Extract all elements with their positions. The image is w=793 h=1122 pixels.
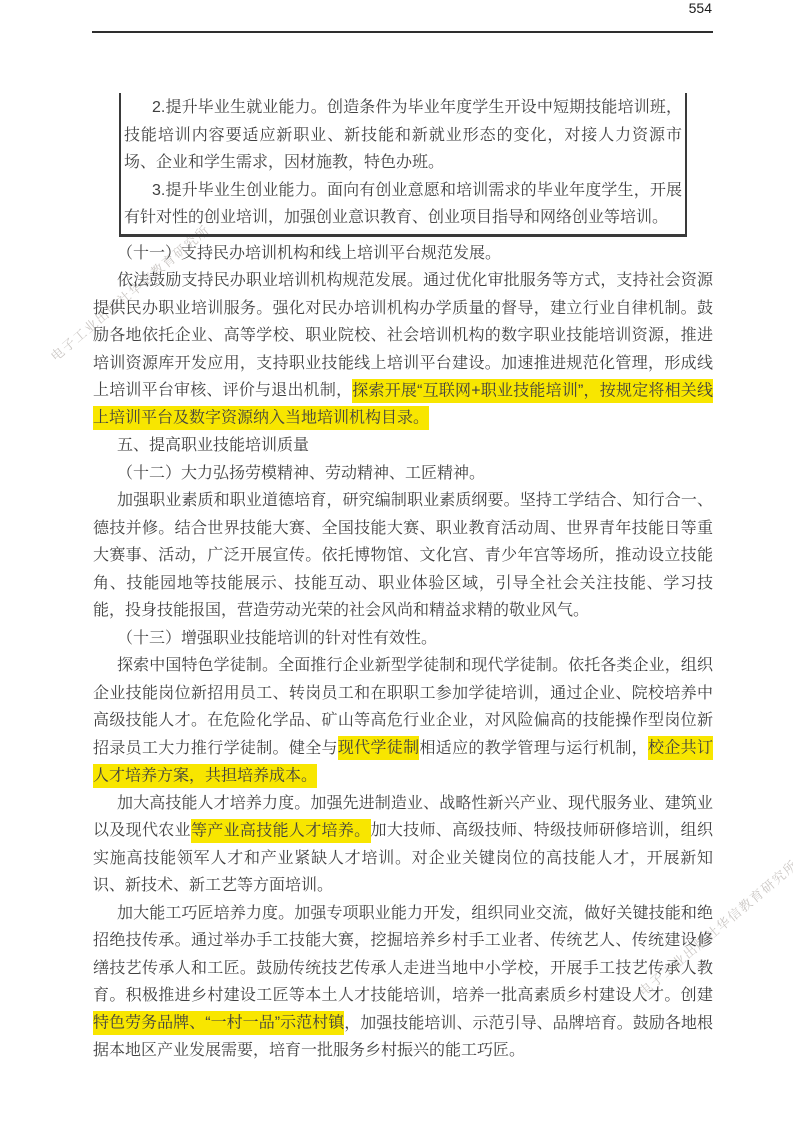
quoted-box: 2.提升毕业生就业能力。创造条件为毕业年度学生开设中短期技能培训班，技能培训内容… [119, 93, 687, 237]
document-page: 554 电子工业出版社华信教育研究所 电子工业出版社华信教育研究所 2.提升毕业… [0, 0, 793, 1122]
text-run: 五、提高职业技能培训质量 [117, 437, 309, 454]
document-body: 2.提升毕业生就业能力。创造条件为毕业年度学生开设中短期技能培训班，技能培训内容… [93, 93, 713, 1065]
text-run: 加强职业素质和职业道德培育，研究编制职业素质纲要。坚持工学结合、知行合一、德技并… [93, 492, 713, 619]
text-run: 3.提升毕业生创业能力。面向有创业意愿和培训需求的毕业年度学生，开展有针对性的创… [124, 182, 682, 227]
text-run: （十一）支持民办培训机构和线上培训平台规范发展。 [117, 245, 501, 262]
text-run: 加大能工巧匠培养力度。加强专项职业能力开发，组织同业交流，做好关键技能和绝招绝技… [93, 905, 713, 1005]
paragraph: 加大高技能人才培养力度。加强先进制造业、战略性新兴产业、现代服务业、建筑业以及现… [93, 790, 713, 900]
highlighted-text: 特色劳务品牌、“一村一品”示范村镇 [93, 1011, 344, 1035]
text-run: （十二）大力弘扬劳模精神、劳动精神、工匠精神。 [117, 465, 485, 482]
paragraph: 探索中国特色学徒制。全面推行企业新型学徒制和现代学徒制。依托各类企业，组织企业技… [93, 652, 713, 790]
section-heading: （十二）大力弘扬劳模精神、劳动精神、工匠精神。 [93, 460, 713, 488]
section-heading: 五、提高职业技能培训质量 [93, 432, 713, 460]
paragraph: 加大能工巧匠培养力度。加强专项职业能力开发，组织同业交流，做好关键技能和绝招绝技… [93, 900, 713, 1065]
text-run: （十三）增强职业技能培训的针对性有效性。 [117, 630, 437, 647]
paragraph: 依法鼓励支持民办职业培训机构规范发展。通过优化审批服务等方式，支持社会资源提供民… [93, 267, 713, 432]
paragraph: 加强职业素质和职业道德培育，研究编制职业素质纲要。坚持工学结合、知行合一、德技并… [93, 487, 713, 625]
highlighted-text: 等产业高技能人才培养。 [191, 819, 371, 843]
text-run: 2.提升毕业生就业能力。创造条件为毕业年度学生开设中短期技能培训班，技能培训内容… [124, 99, 682, 171]
section-heading: （十三）增强职业技能培训的针对性有效性。 [93, 625, 713, 653]
section-heading: （十一）支持民办培训机构和线上培训平台规范发展。 [93, 240, 713, 268]
paragraph: 3.提升毕业生创业能力。面向有创业意愿和培训需求的毕业年度学生，开展有针对性的创… [124, 177, 682, 232]
page-number: 554 [689, 0, 712, 16]
text-run: 相适应的教学管理与运行机制， [419, 740, 648, 757]
highlighted-text: 现代学徒制 [338, 736, 420, 760]
header-rule [92, 31, 713, 33]
paragraph: 2.提升毕业生就业能力。创造条件为毕业年度学生开设中短期技能培训班，技能培训内容… [124, 94, 682, 177]
